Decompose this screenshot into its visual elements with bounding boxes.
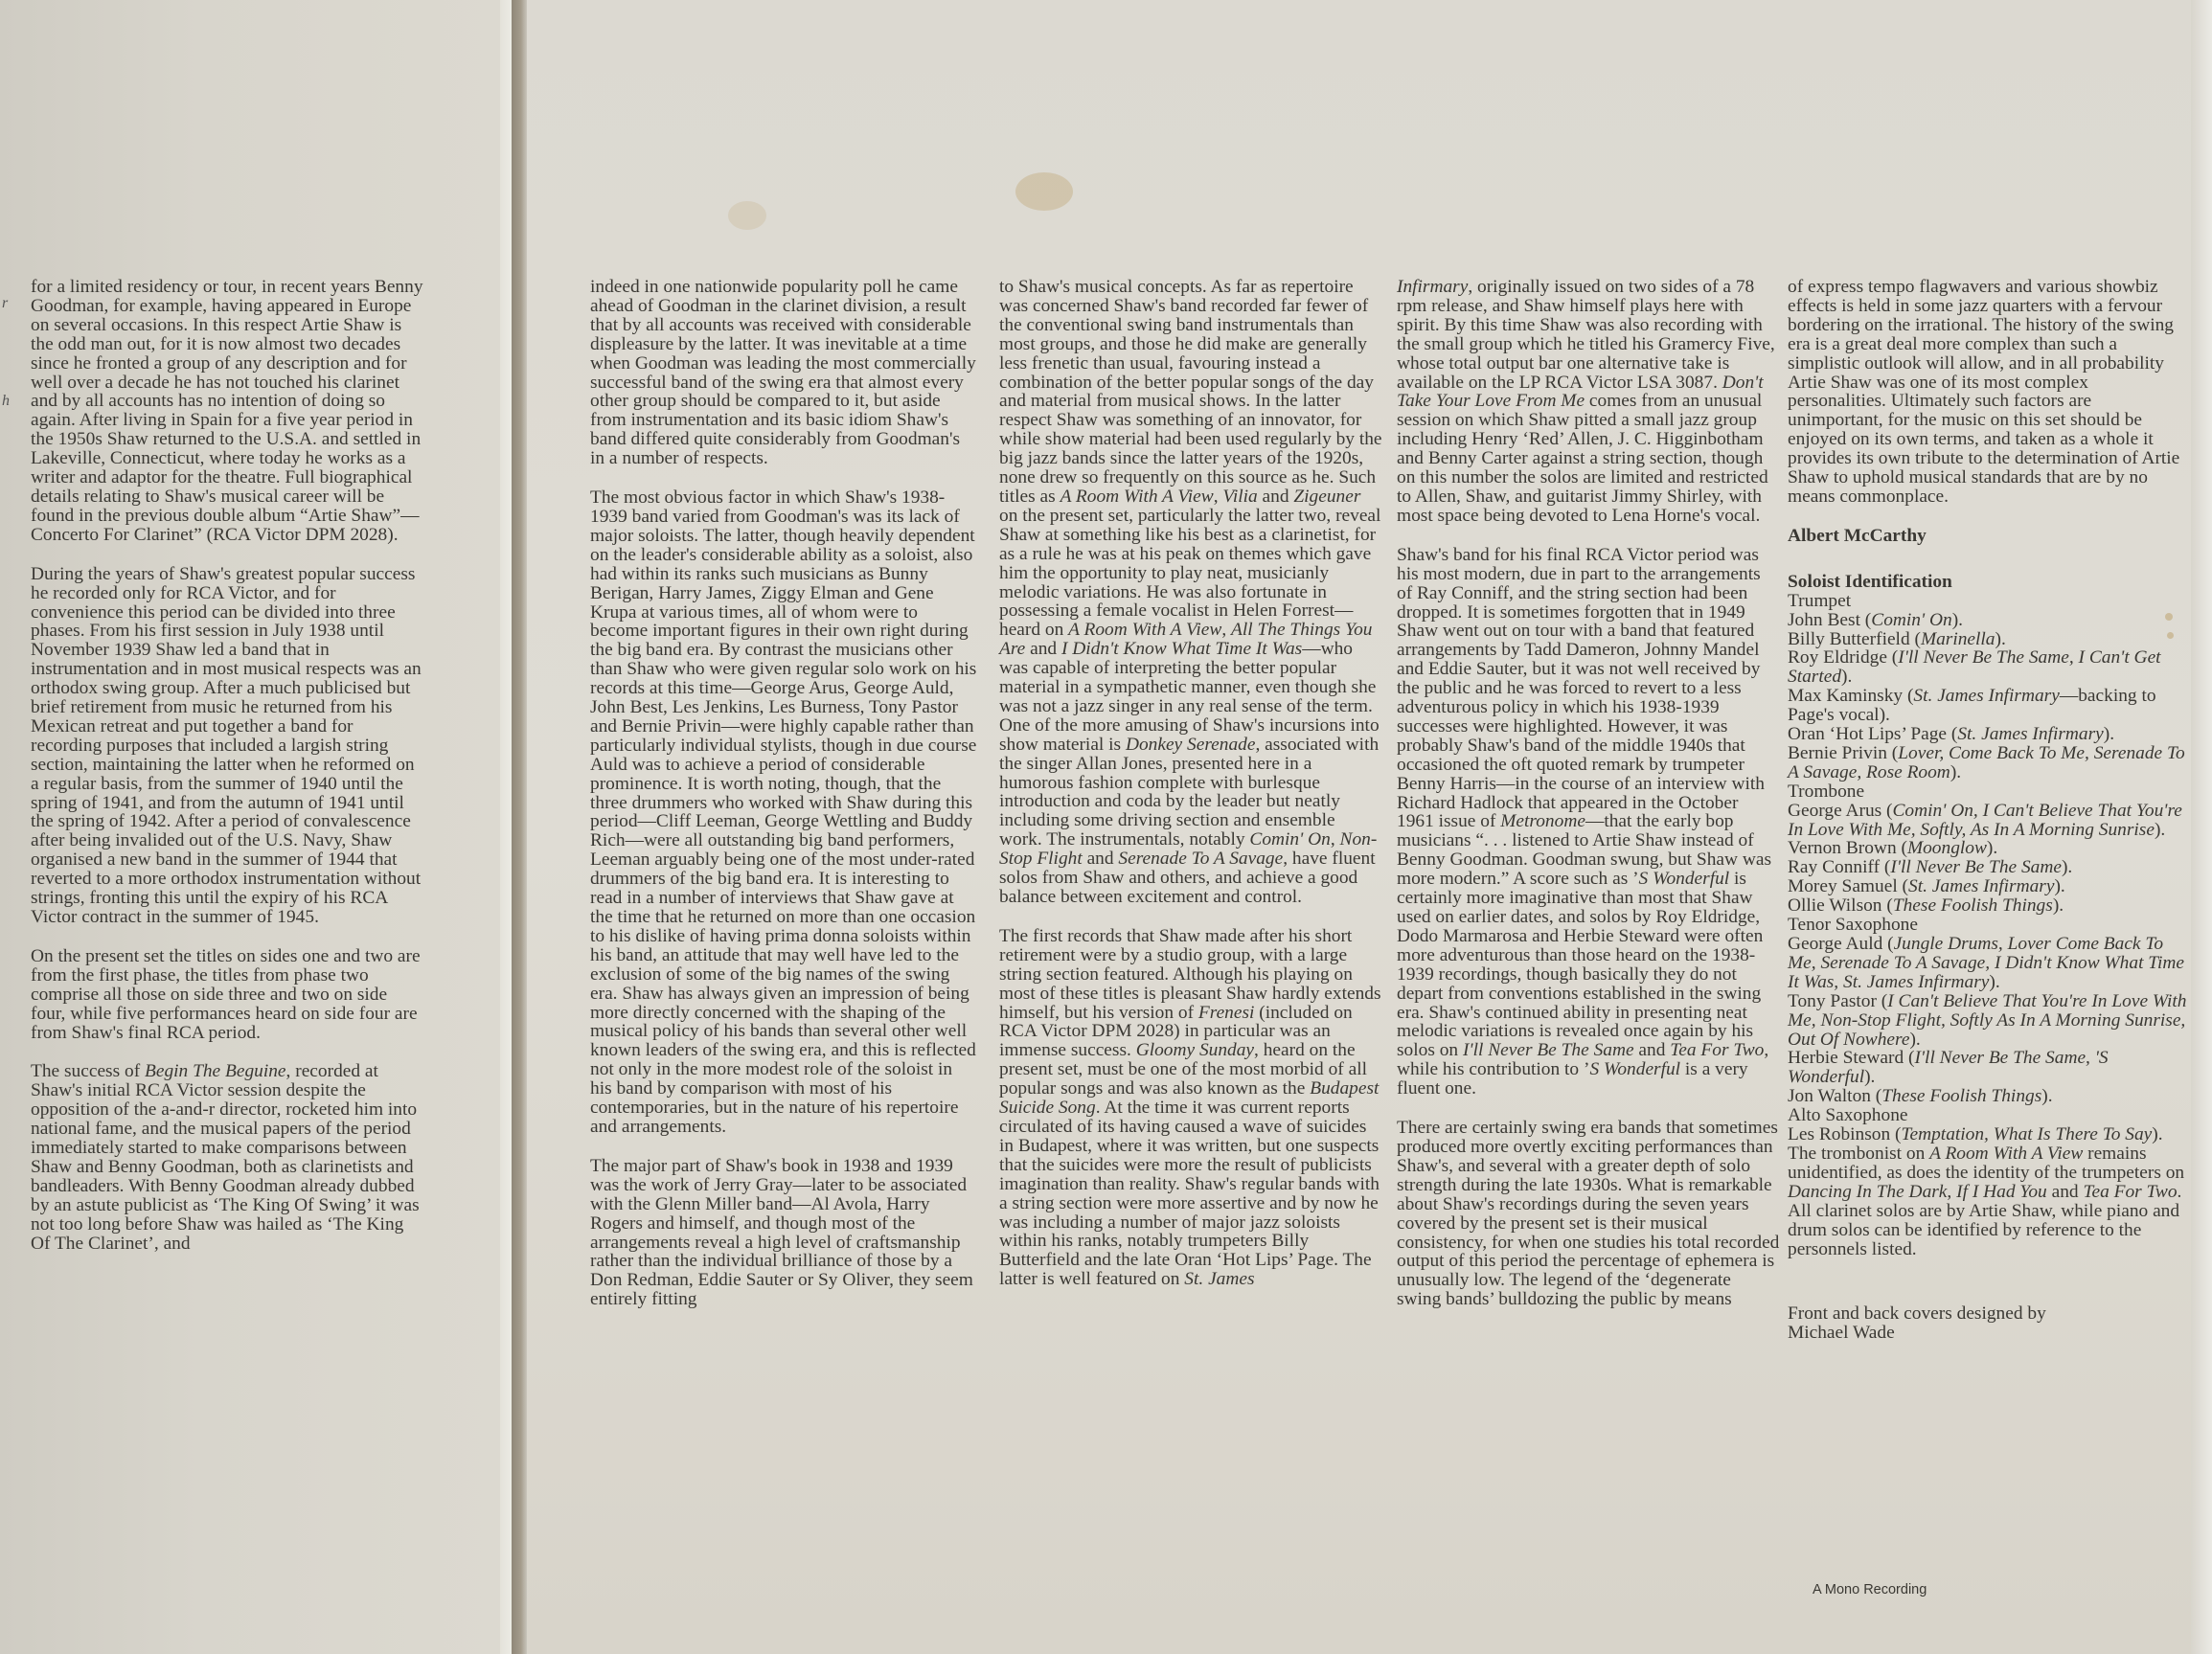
text-column-2: indeed in one nationwide popularity poll…: [590, 278, 978, 1329]
fold-highlight: [500, 0, 512, 1654]
paragraph: The success of Begin The Beguine, record…: [31, 1062, 423, 1253]
soloist-entry: Roy Eldridge (I'll Never Be The Same, I …: [1788, 648, 2190, 687]
text-column-3: to Shaw's musical concepts. As far as re…: [999, 278, 1382, 1309]
soloist-entry: Max Kaminsky (St. James Infirmary—backin…: [1788, 687, 2190, 725]
column-paragraphs: of express tempo flagwavers and various …: [1788, 278, 2190, 507]
text-column-1: for a limited residency or tour, in rece…: [31, 278, 423, 1274]
right-edge: [2191, 0, 2212, 1654]
paper-stain: [728, 201, 766, 230]
soloist-entry: Trumpet: [1788, 592, 2190, 611]
soloist-entry: Tenor Saxophone: [1788, 916, 2190, 935]
soloist-entry: George Auld (Jungle Drums, Lover Come Ba…: [1788, 935, 2190, 992]
gatefold-crease: [512, 0, 527, 1654]
credit-line: Michael Wade: [1788, 1324, 2190, 1343]
margin-mark: r: [2, 295, 8, 312]
cover-credits: Front and back covers designed by Michae…: [1788, 1304, 2190, 1343]
paragraph: There are certainly swing era bands that…: [1397, 1119, 1780, 1309]
paragraph: On the present set the titles on sides o…: [31, 947, 423, 1043]
soloist-entry: Vernon Brown (Moonglow).: [1788, 839, 2190, 858]
soloist-entry: The trombonist on A Room With A View rem…: [1788, 1144, 2190, 1258]
soloist-list: TrumpetJohn Best (Comin' On).Billy Butte…: [1788, 592, 2190, 1259]
text-column-4: Infirmary, originally issued on two side…: [1397, 278, 1780, 1329]
paragraph: The most obvious factor in which Shaw's …: [590, 488, 978, 1137]
mono-recording-note: A Mono Recording: [1813, 1582, 1927, 1597]
soloist-entry: Herbie Steward (I'll Never Be The Same, …: [1788, 1049, 2190, 1087]
paragraph: During the years of Shaw's greatest popu…: [31, 565, 423, 927]
paragraph: The first records that Shaw made after h…: [999, 927, 1382, 1289]
soloist-entry: Oran ‘Hot Lips’ Page (St. James Infirmar…: [1788, 725, 2190, 744]
paragraph: to Shaw's musical concepts. As far as re…: [999, 278, 1382, 907]
paragraph: of express tempo flagwavers and various …: [1788, 278, 2190, 507]
soloist-identification: Soloist Identification TrumpetJohn Best …: [1788, 573, 2190, 1259]
credit-line: Front and back covers designed by: [1788, 1304, 2190, 1324]
margin-mark: h: [2, 393, 10, 410]
paragraph: Infirmary, originally issued on two side…: [1397, 278, 1780, 526]
soloist-entry: Morey Samuel (St. James Infirmary).: [1788, 877, 2190, 896]
soloist-entry: Tony Pastor (I Can't Believe That You're…: [1788, 992, 2190, 1050]
paragraph: indeed in one nationwide popularity poll…: [590, 278, 978, 468]
paper-stain: [1015, 172, 1073, 211]
paragraph: The major part of Shaw's book in 1938 an…: [590, 1157, 978, 1309]
soloist-entry: George Arus (Comin' On, I Can't Believe …: [1788, 802, 2190, 840]
soloist-entry: Jon Walton (These Foolish Things).: [1788, 1087, 2190, 1106]
soloist-entry: Billy Butterfield (Marinella).: [1788, 630, 2190, 649]
soloist-entry: John Best (Comin' On).: [1788, 611, 2190, 630]
soloist-entry: Alto Saxophone: [1788, 1106, 2190, 1125]
paragraph: for a limited residency or tour, in rece…: [31, 278, 423, 545]
soloist-entry: Bernie Privin (Lover, Come Back To Me, S…: [1788, 744, 2190, 782]
soloist-entry: Ollie Wilson (These Foolish Things).: [1788, 896, 2190, 916]
author-signature: Albert McCarthy: [1788, 527, 2190, 546]
soloist-entry: Trombone: [1788, 782, 2190, 802]
soloist-entry: Ray Conniff (I'll Never Be The Same).: [1788, 858, 2190, 877]
paragraph: Shaw's band for his final RCA Victor per…: [1397, 546, 1780, 1099]
soloist-heading: Soloist Identification: [1788, 573, 2190, 592]
soloist-entry: Les Robinson (Temptation, What Is There …: [1788, 1125, 2190, 1144]
text-column-5: of express tempo flagwavers and various …: [1788, 278, 2190, 1343]
